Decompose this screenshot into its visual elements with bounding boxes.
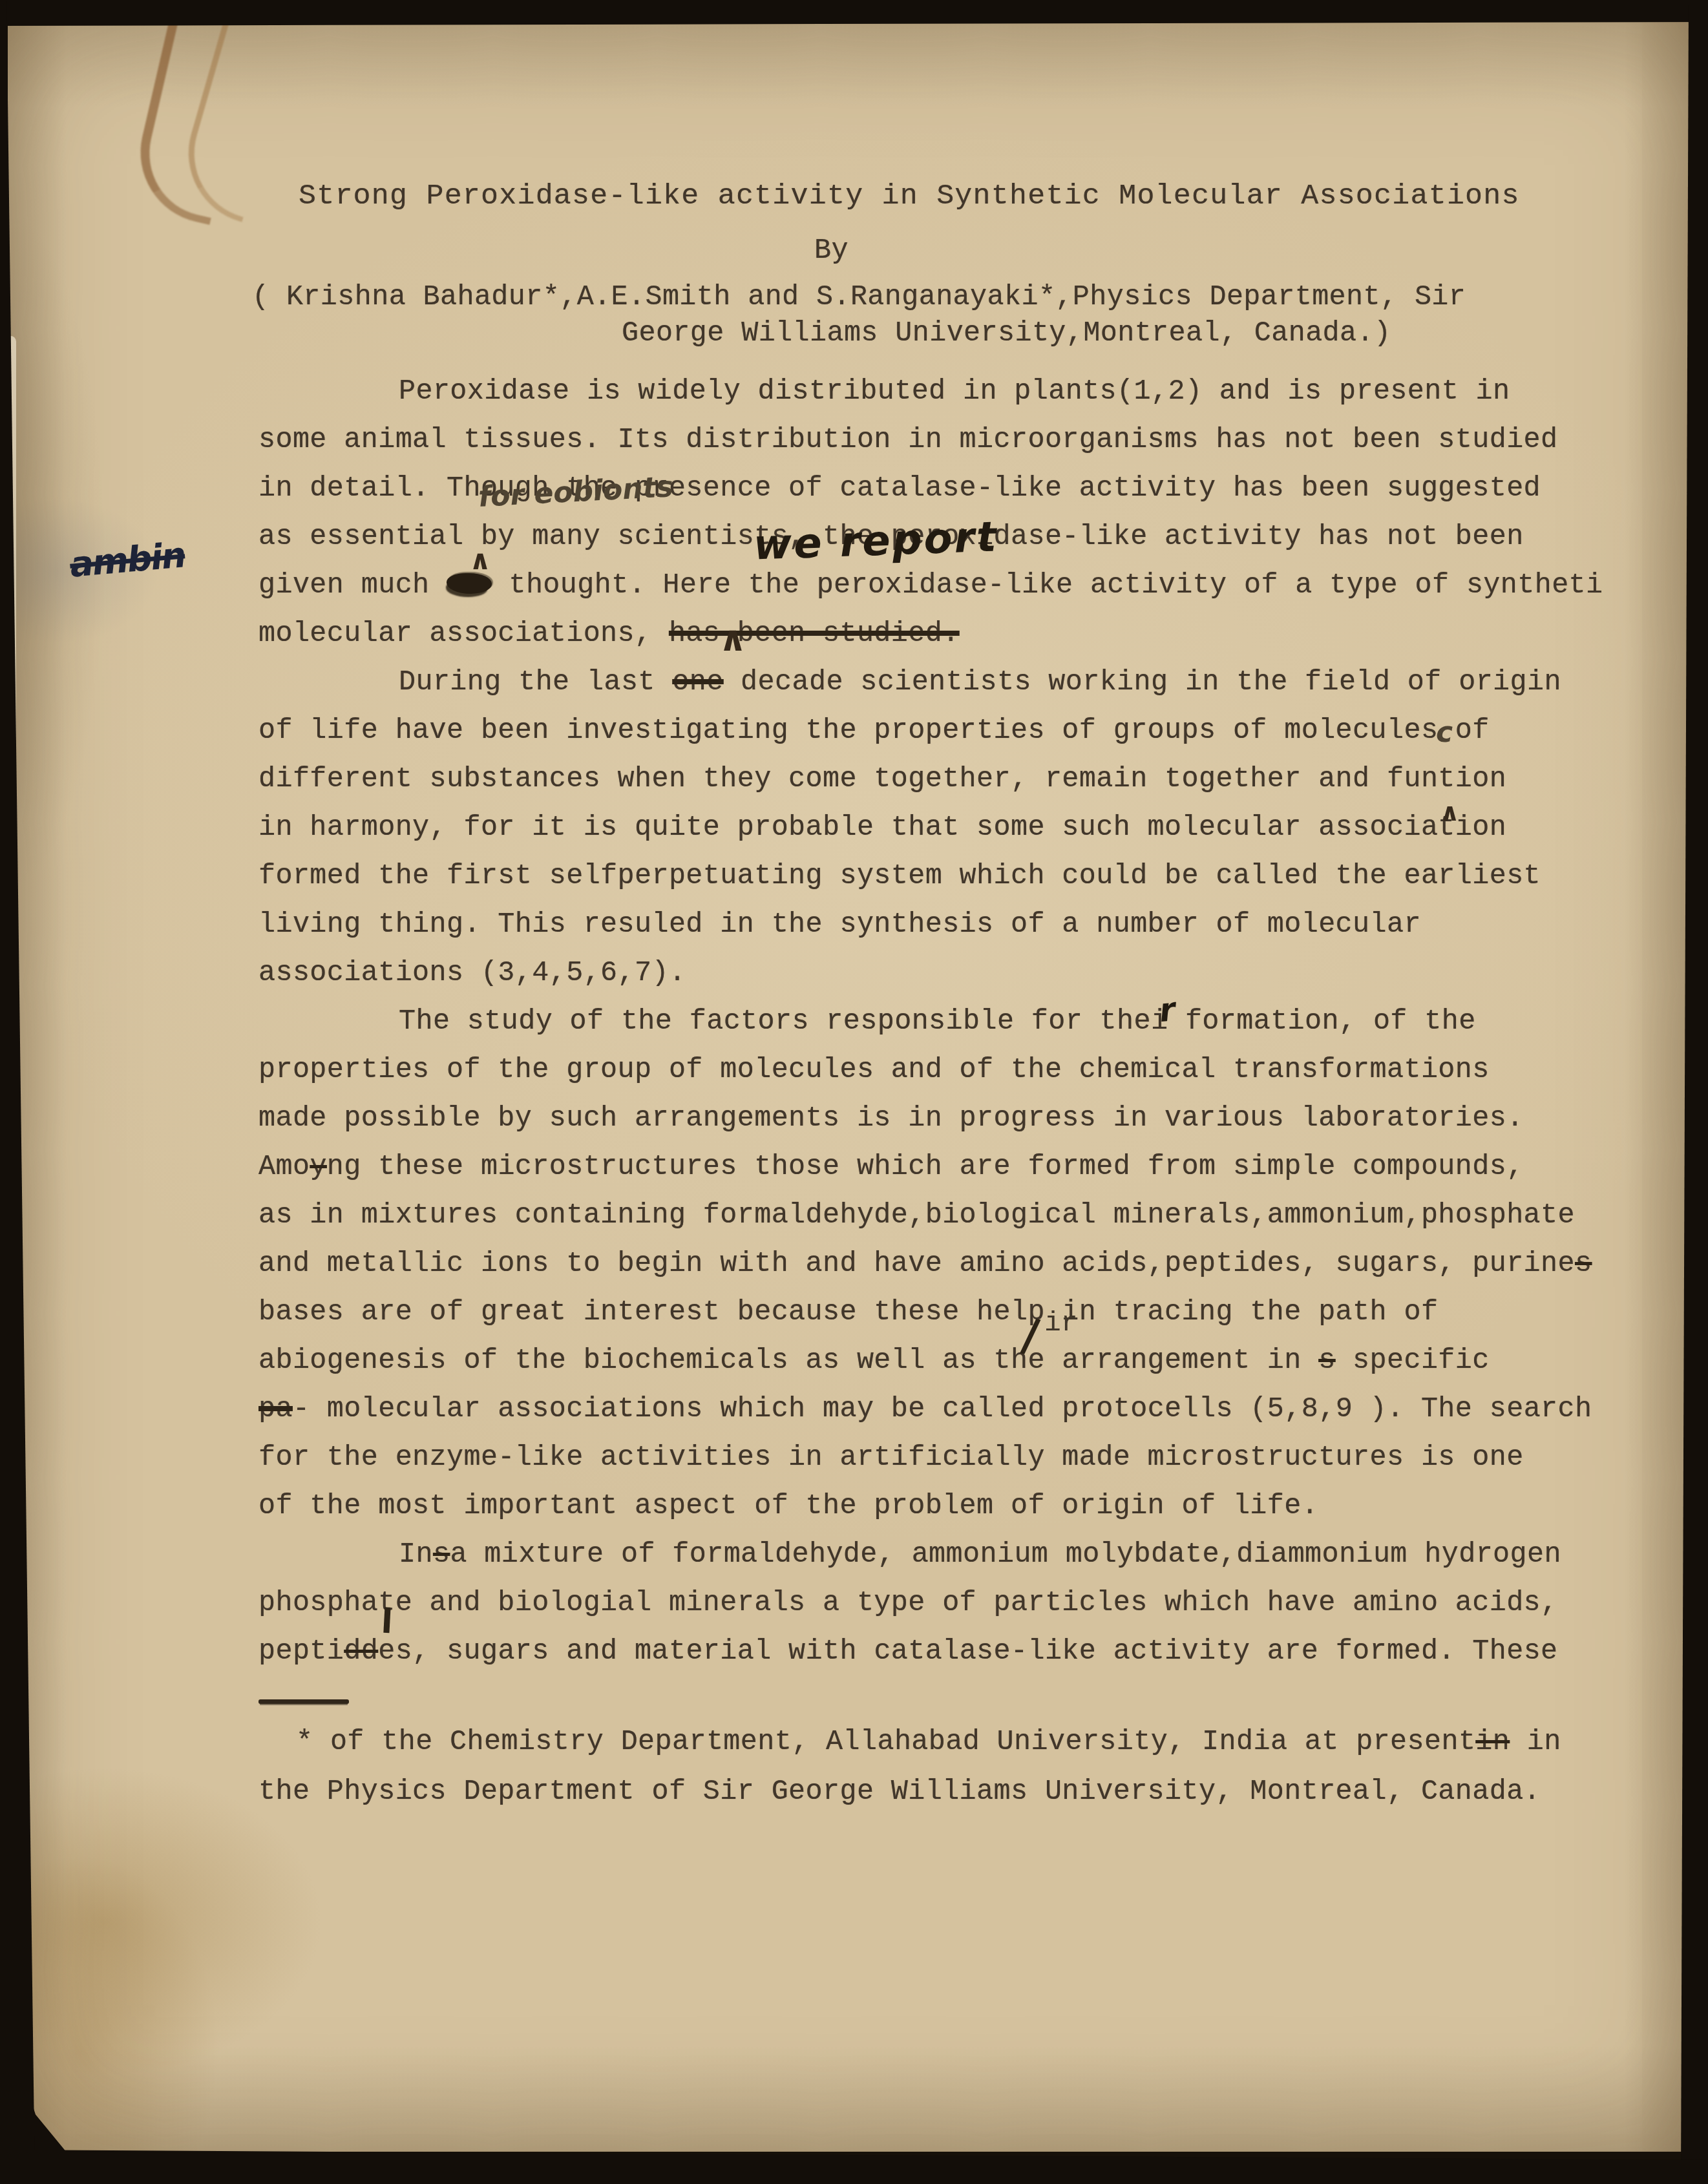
typed-text: Amo xyxy=(258,1151,310,1183)
typed-line: * of the Chemistry Department, Allahabad… xyxy=(296,1727,1561,1758)
typed-text: for the enzyme-like activities in artifi… xyxy=(258,1442,1524,1474)
byline: By xyxy=(814,235,849,267)
typed-text: bases are of great interest because thes… xyxy=(258,1297,1438,1328)
typed-text: ng these microstructures those which are… xyxy=(327,1151,1524,1183)
insertion-caret: ∧ xyxy=(719,622,747,656)
typed-line: properties of the group of molecules and… xyxy=(258,1055,1490,1086)
struck-text: s xyxy=(433,1539,450,1571)
typed-text: abiogenesis of the biochemicals as well … xyxy=(258,1345,1318,1377)
typed-text: thought. Here the peroxidase-like activi… xyxy=(492,570,1603,602)
typed-line: The study of the factors responsible for… xyxy=(399,1006,1476,1038)
typed-text: decade scientists working in the field o… xyxy=(724,667,1561,698)
footnote-separator-rule xyxy=(258,1699,349,1704)
typed-text: In xyxy=(399,1539,433,1571)
typed-text: formed the first selfperpetuating system… xyxy=(258,861,1541,892)
typed-line: given much thought. Here the peroxidase-… xyxy=(258,570,1603,602)
typed-text: and metallic ions to begin with and have… xyxy=(258,1248,1575,1280)
struck-text: dd xyxy=(344,1636,378,1668)
typed-text: pepti xyxy=(258,1636,344,1668)
typed-line: living thing. This resuled in the synthe… xyxy=(258,909,1421,941)
ink-blot-strikeout xyxy=(447,573,492,594)
typed-line: in detail. Though the presence of catala… xyxy=(258,473,1541,505)
typed-line: different substances when they come toge… xyxy=(258,764,1506,795)
typed-line: formed the first selfperpetuating system… xyxy=(258,861,1541,892)
typed-text: Peroxidase is widely distributed in plan… xyxy=(399,376,1510,408)
typed-line: some animal tissues. Its distribution in… xyxy=(258,425,1558,456)
typed-text: During the last xyxy=(399,667,672,698)
typed-text: in harmony, for it is quite probable tha… xyxy=(258,812,1506,844)
typed-line: phosphate and biologial minerals a type … xyxy=(258,1588,1558,1619)
typed-text: phosphate and biologial minerals a type … xyxy=(258,1588,1558,1619)
typed-line: the Physics Department of Sir George Wil… xyxy=(258,1776,1541,1808)
typed-line: as in mixtures containing formaldehyde,b… xyxy=(258,1200,1575,1232)
struck-text: in xyxy=(1475,1727,1510,1758)
typed-text: different substances when they come toge… xyxy=(258,764,1506,795)
insertion-caret: ∧ xyxy=(1440,800,1460,824)
typed-text: some animal tissues. Its distribution in… xyxy=(258,425,1558,456)
struck-text: s xyxy=(1318,1345,1335,1377)
typed-line: pa- molecular associations which may be … xyxy=(258,1394,1592,1425)
typed-text: of life have been investigating the prop… xyxy=(258,715,1490,747)
authors-line: ( Krishna Bahadur*,A.E.Smith and S.Ranga… xyxy=(252,282,1466,313)
typed-line: abiogenesis of the biochemicals as well … xyxy=(258,1345,1490,1377)
typed-text: living thing. This resuled in the synthe… xyxy=(258,909,1421,941)
typed-text: given much xyxy=(258,570,447,602)
struck-text: one xyxy=(672,667,723,698)
insertion-r: r xyxy=(1157,993,1179,1027)
typed-text: in detail. Though the presence of catala… xyxy=(258,473,1541,505)
margin-scribble: ambin xyxy=(69,538,186,582)
correction-stroke: l xyxy=(381,1605,394,1639)
typed-text: - molecular associations which may be ca… xyxy=(293,1394,1592,1425)
insertion-c: c xyxy=(1436,719,1453,747)
typed-text: molecular associations, xyxy=(258,618,669,650)
typed-line: and metallic ions to begin with and have… xyxy=(258,1248,1592,1280)
struck-text: pa xyxy=(258,1394,293,1425)
page-title: Strong Peroxidase-like activity in Synth… xyxy=(299,180,1520,213)
typed-line: peptiddes, sugars and material with cata… xyxy=(258,1636,1558,1668)
typed-line: of life have been investigating the prop… xyxy=(258,715,1490,747)
typed-line: Insa mixture of formaldehyde, ammonium m… xyxy=(399,1539,1561,1571)
struck-text: s xyxy=(1575,1248,1592,1280)
typed-text: es, sugars and material with catalase-li… xyxy=(378,1636,1557,1668)
insertion-caret: ∧ xyxy=(469,547,491,574)
typed-line: molecular associations, has been studied… xyxy=(258,618,960,650)
authors-line: George Williams University,Montreal, Can… xyxy=(622,318,1391,350)
typed-text: as in mixtures containing formaldehyde,b… xyxy=(258,1200,1575,1232)
typed-text: made possible by such arrangements is in… xyxy=(258,1103,1524,1135)
typed-text: of the most important aspect of the prob… xyxy=(258,1491,1318,1522)
typed-text: The study of the factors responsible for… xyxy=(399,1006,1476,1038)
typed-text: a mixture of formaldehyde, ammonium moly… xyxy=(450,1539,1561,1571)
typed-text: associations (3,4,5,6,7). xyxy=(258,958,686,989)
typed-line: bases are of great interest because thes… xyxy=(258,1297,1438,1328)
typed-text: * of the Chemistry Department, Allahabad… xyxy=(296,1727,1475,1758)
typed-line: Amoyng these microstructures those which… xyxy=(258,1151,1524,1183)
typed-line: for the enzyme-like activities in artifi… xyxy=(258,1442,1524,1474)
insertion-we-report: we report xyxy=(753,516,999,566)
typed-text: specific xyxy=(1336,1345,1490,1377)
typed-text: the Physics Department of Sir George Wil… xyxy=(258,1776,1541,1808)
insertion-ir-typed: ir xyxy=(1044,1309,1078,1337)
typed-line: in harmony, for it is quite probable tha… xyxy=(258,812,1506,844)
typed-line: Peroxidase is widely distributed in plan… xyxy=(399,376,1510,408)
typed-line: made possible by such arrangements is in… xyxy=(258,1103,1524,1135)
typed-line: During the last one decade scientists wo… xyxy=(399,667,1561,698)
scanned-document: Strong Peroxidase-like activity in Synth… xyxy=(0,0,1708,2184)
typed-text: in xyxy=(1510,1727,1561,1758)
typed-text: properties of the group of molecules and… xyxy=(258,1055,1490,1086)
typed-line: associations (3,4,5,6,7). xyxy=(258,958,686,989)
struck-text: has been studied. xyxy=(669,618,960,650)
struck-text: y xyxy=(310,1151,326,1183)
typed-line: of the most important aspect of the prob… xyxy=(258,1491,1318,1522)
